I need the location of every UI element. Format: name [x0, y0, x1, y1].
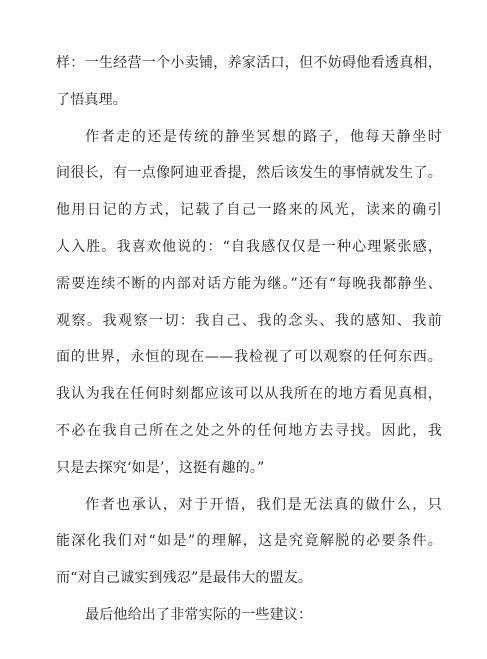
text-line: 我认为我在任何时刻都应该可以从我所在的地方看见真相， — [56, 376, 442, 413]
text-line: 面的世界，永恒的现在——我检视了可以观察的任何东西。 — [56, 339, 442, 376]
document-page: 样：一生经营一个小卖铺，养家活口，但不妨碍他看透真相， 了悟真理。 作者走的还是… — [0, 0, 487, 659]
text-line: 了悟真理。 — [56, 82, 442, 119]
text-line: 样：一生经营一个小卖铺，养家活口，但不妨碍他看透真相， — [56, 45, 442, 82]
text-line: 人入胜。我喜欢他说的：“自我感仅仅是一种心理紧张感， — [56, 229, 442, 266]
text-line: 需要连续不断的内部对话方能为继。”还有“每晚我都静坐、 — [56, 266, 442, 303]
text-line: 能深化我们对“如是”的理解，这是究竟解脱的必要条件。 — [56, 523, 442, 560]
text-line: 作者也承认，对于开悟，我们是无法真的做什么，只 — [56, 487, 442, 524]
text-line: 最后他给出了非常实际的一些建议： — [56, 597, 442, 634]
text-line: 观察。我观察一切：我自己、我的念头、我的感知、我前 — [56, 303, 442, 340]
text-line: 只是去探究‘如是’，这挺有趣的。” — [56, 450, 442, 487]
text-line: 而“对自己诚实到残忍”是最伟大的盟友。 — [56, 560, 442, 597]
text-line: 间很长，有一点像阿迪亚香提，然后该发生的事情就发生了。 — [56, 155, 442, 192]
text-line: 作者走的还是传统的静坐冥想的路子，他每天静坐时 — [56, 119, 442, 156]
text-line: 不必在我自己所在之处之外的任何地方去寻找。因此，我 — [56, 413, 442, 450]
page-text: 样：一生经营一个小卖铺，养家活口，但不妨碍他看透真相， 了悟真理。 作者走的还是… — [56, 45, 442, 634]
text-line: 他用日记的方式，记载了自己一路来的风光，读来的确引 — [56, 192, 442, 229]
